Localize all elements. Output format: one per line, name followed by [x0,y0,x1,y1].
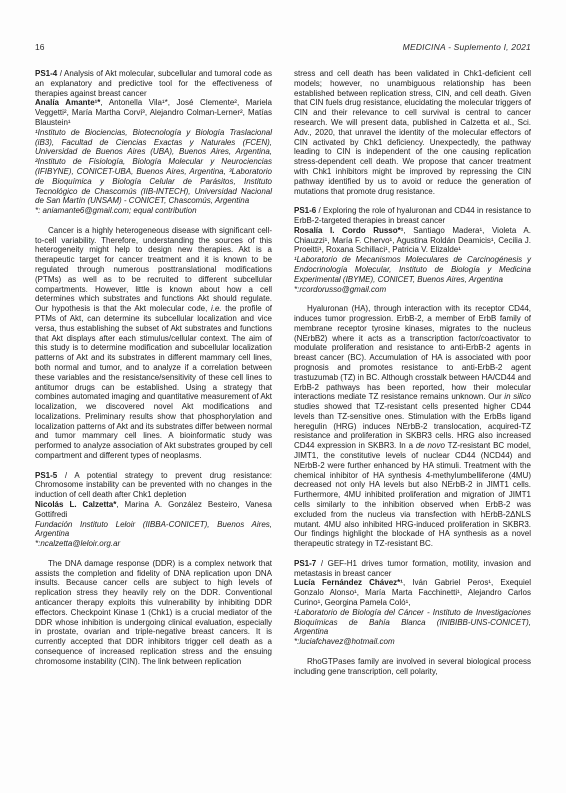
page-number: 16 [35,42,44,52]
ps1-6-affiliation: ¹Laboratorio de Mecanismos Moleculares d… [294,255,531,284]
ps1-6-abstract-text: TZ-resistant BC model, JIMT1, the consti… [294,441,531,548]
ps1-7-contact: *:luciafchavez@hotmail.com [294,637,531,647]
ps1-6-authors-text: Rosalía I. Cordo Russo*¹ [294,226,403,235]
ps1-5-heading-text: PS1-5 [35,471,57,480]
ps1-5-authors-text: Nicolás L. Calzetta* [35,500,116,509]
ps1-4-heading: PS1-4 / Analysis of Akt molecular, subce… [35,69,272,98]
ps1-7-affiliation-text: ¹Laboratorio de Biología del Cáncer - In… [294,608,531,637]
ps1-4-abstract-text: i.e. [211,304,222,313]
ps1-7-heading: PS1-7 / GEF-H1 drives tumor formation, m… [294,559,531,579]
ps1-6-heading: PS1-6 / Exploring the role of hyaluronan… [294,206,531,226]
ps1-7-heading-text: PS1-7 [294,559,316,568]
ps1-5-abstract-text: The DNA damage response (DDR) is a compl… [35,559,272,666]
page-header: 16 MEDICINA - Suplemento I, 2021 [35,42,531,52]
ps1-4-contact-text: *: aniamante6@gmail.com; equal contribut… [35,206,197,215]
ps1-5-abstract-continued-text: stress and cell death has been validated… [294,69,531,196]
ps1-7-abstract-text: RhoGTPases family are involved in severa… [294,657,531,676]
ps1-7-abstract: RhoGTPases family are involved in severa… [294,657,531,677]
ps1-5-authors: Nicolás L. Calzetta*, Marina A. González… [35,500,272,520]
ps1-5-affiliation: Fundación Instituto Leloir (IIBBA-CONICE… [35,520,272,540]
ps1-5-contact: *:ncalzetta@leloir.org.ar [35,539,272,549]
journal-page: 16 MEDICINA - Suplemento I, 2021 PS1-4 /… [0,0,566,793]
ps1-5-contact-text: *:ncalzetta@leloir.org.ar [35,539,120,548]
ps1-4-affiliation-text: ¹Instituto de Biociencias, Biotecnología… [35,128,272,206]
ps1-7-authors-text: Lucía Fernández Chávez*¹ [294,578,403,587]
ps1-4-heading-text: PS1-4 [35,69,57,78]
journal-title: MEDICINA - Suplemento I, 2021 [403,42,531,52]
ps1-4-authors-text: Analía Amante¹* [35,98,100,107]
ps1-5-heading-text: / A potential strategy to prevent drug r… [35,471,272,500]
ps1-4-contact: *: aniamante6@gmail.com; equal contribut… [35,206,272,216]
column-right: stress and cell death has been validated… [294,69,531,676]
ps1-6-affiliation-text: ¹Laboratorio de Mecanismos Moleculares d… [294,255,531,284]
content-columns: PS1-4 / Analysis of Akt molecular, subce… [35,69,531,676]
ps1-6-abstract-text: in silico [504,392,531,401]
ps1-4-abstract: Cancer is a highly heterogeneous disease… [35,226,272,461]
ps1-5-heading: PS1-5 / A potential strategy to prevent … [35,471,272,500]
ps1-6-contact: *:rcordorusso@gmail.com [294,285,531,295]
ps1-5-affiliation-text: Fundación Instituto Leloir (IIBBA-CONICE… [35,520,272,539]
ps1-7-authors: Lucía Fernández Chávez*¹, Iván Gabriel P… [294,578,531,607]
ps1-6-heading-text: / Exploring the role of hyaluronan and C… [294,206,531,225]
ps1-6-heading-text: PS1-6 [294,206,316,215]
ps1-4-authors: Analía Amante¹*, Antonella Vila¹*, José … [35,98,272,127]
ps1-7-affiliation: ¹Laboratorio de Biología del Cáncer - In… [294,608,531,637]
column-left: PS1-4 / Analysis of Akt molecular, subce… [35,69,272,676]
ps1-5-abstract: The DNA damage response (DDR) is a compl… [35,559,272,667]
ps1-4-abstract-text: the profile of PTMs of Akt, can determin… [35,304,272,460]
ps1-6-contact-text: *:rcordorusso@gmail.com [294,285,386,294]
ps1-6-abstract-text: Hyaluronan (HA), through interaction wit… [294,304,531,401]
ps1-7-heading-text: / GEF-H1 drives tumor formation, motilit… [294,559,531,578]
ps1-4-affiliation: ¹Instituto de Biociencias, Biotecnología… [35,128,272,206]
ps1-6-authors: Rosalía I. Cordo Russo*¹, Santiago Mader… [294,226,531,255]
ps1-4-abstract-text: Cancer is a highly heterogeneous disease… [35,226,272,313]
ps1-4-heading-text: / Analysis of Akt molecular, subcellular… [35,69,272,98]
ps1-6-abstract-text: de novo [416,441,445,450]
ps1-5-abstract-continued: stress and cell death has been validated… [294,69,531,196]
ps1-6-abstract: Hyaluronan (HA), through interaction wit… [294,304,531,549]
ps1-7-contact-text: *:luciafchavez@hotmail.com [294,637,395,646]
